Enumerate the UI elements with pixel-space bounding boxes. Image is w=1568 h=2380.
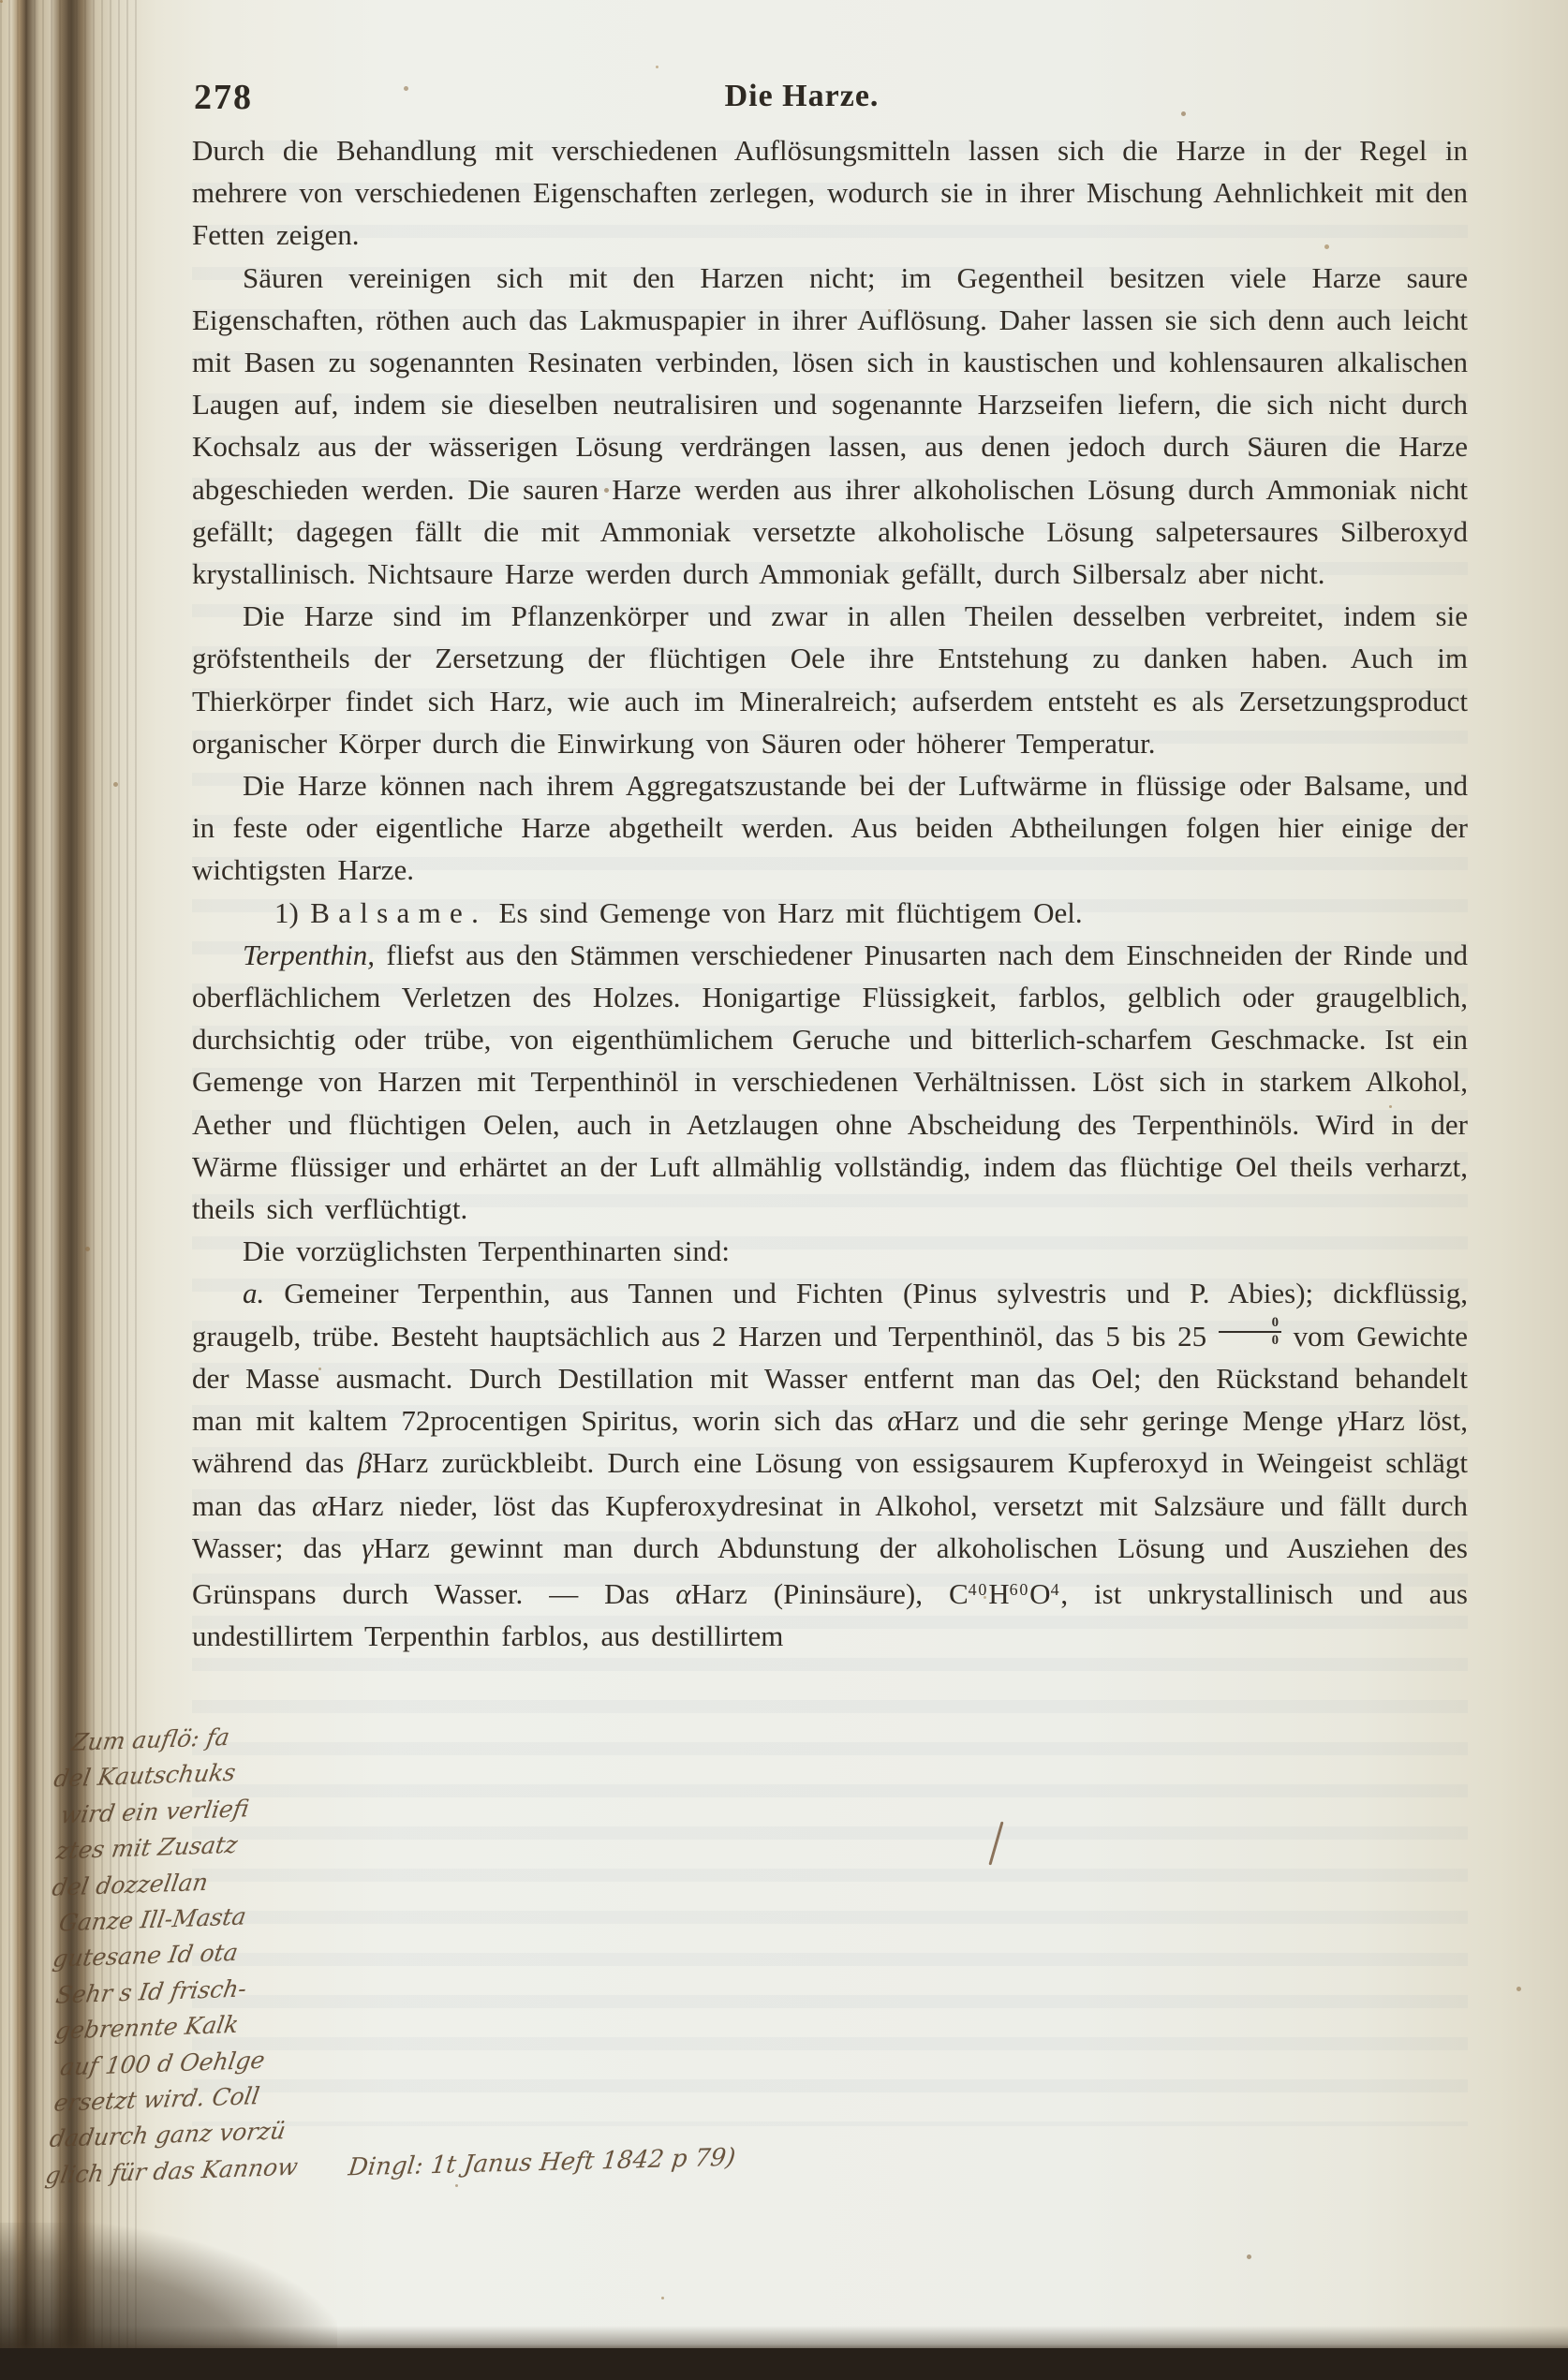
text-segment: O [1029,1577,1050,1610]
book-page-scan: 278 Die Harze. Durch die Behandlung mit … [0,0,1568,2380]
text-segment: Die Harze sind im Pflanzenkörper und zwa… [192,599,1468,760]
text-segment: a. [243,1277,264,1309]
text-segment: H [988,1577,1009,1610]
text-segment: α [675,1577,690,1610]
text-segment: Die Harze können nach ihrem Aggregatszus… [192,769,1468,886]
text-segment: Säuren vereinigen sich mit den Harzen ni… [192,261,1468,590]
marginalia-line: gebrennte Kalk [53,2011,241,2045]
marginalia-line: Sehr s Id frisch- [54,1974,249,2008]
text-segment: 60 [1010,1580,1030,1599]
paragraph: Die Harze können nach ihrem Aggregatszus… [192,764,1468,892]
paragraph: Säuren vereinigen sich mit den Harzen ni… [192,257,1468,596]
paragraph: 1) Balsame. Es sind Gemenge von Harz mit… [192,892,1468,934]
text-segment: α [312,1489,327,1522]
text-segment: Balsame. [310,896,487,929]
percent-fraction: 00 [1219,1316,1281,1348]
marginalia-line: wird ein verliefi [59,1795,251,1828]
text-segment: γ [362,1531,373,1564]
marginalia-line: del Kautschuks [52,1759,238,1793]
marginalia-line: ztes mit Zusatz [54,1831,239,1865]
text-segment: Harz und die sehr geringe Menge [902,1404,1337,1437]
paragraph: Die vorzüglichsten Terpenthinarten sind: [192,1230,1468,1272]
text-segment: Es sind Gemenge von Harz mit flüchtigem … [487,896,1083,929]
text-segment: Terpenthin, [243,939,375,971]
text-segment: Durch die Behandlung mit verschiedenen A… [192,134,1468,251]
text-segment: γ [1337,1404,1348,1437]
text-segment: 1) [274,896,310,929]
paragraph: Durch die Behandlung mit verschiedenen A… [192,129,1468,257]
marginalia-line: gutesane Id ota [51,1939,240,1973]
running-title: Die Harze. [192,79,1412,114]
text-segment: β [358,1446,372,1479]
marginalia-line: Ganze Ill-Masta [57,1902,248,1936]
scanner-background [0,2348,1568,2380]
text-segment: fliefst aus den Stämmen verschiedener Pi… [192,939,1468,1225]
pen-mark [988,1822,1003,1866]
paragraph: Die Harze sind im Pflanzenkörper und zwa… [192,595,1468,764]
marginalia-line: del dozzellan [51,1868,210,1900]
text-segment: Harz (Pininsäure), C [691,1577,969,1610]
marginalia-line: Zum auflö: fa [69,1723,231,1756]
text-segment: α [887,1404,902,1437]
page-text: Durch die Behandlung mit verschiedenen A… [192,129,1468,1657]
page-header: 278 Die Harze. [192,77,1468,120]
text-segment: Die vorzüglichsten Terpenthinarten sind: [243,1234,730,1267]
handwritten-citation: Dingl: 1t Janus Heft 1842 p 79) [347,2144,736,2182]
text-segment: 4 [1051,1580,1061,1599]
paper-foxing-specks [0,0,3,3]
paragraph: Terpenthin, fliefst aus den Stämmen vers… [192,934,1468,1230]
paragraph: a. Gemeiner Terpenthin, aus Tannen und F… [192,1272,1468,1657]
text-segment: 40 [969,1580,989,1599]
